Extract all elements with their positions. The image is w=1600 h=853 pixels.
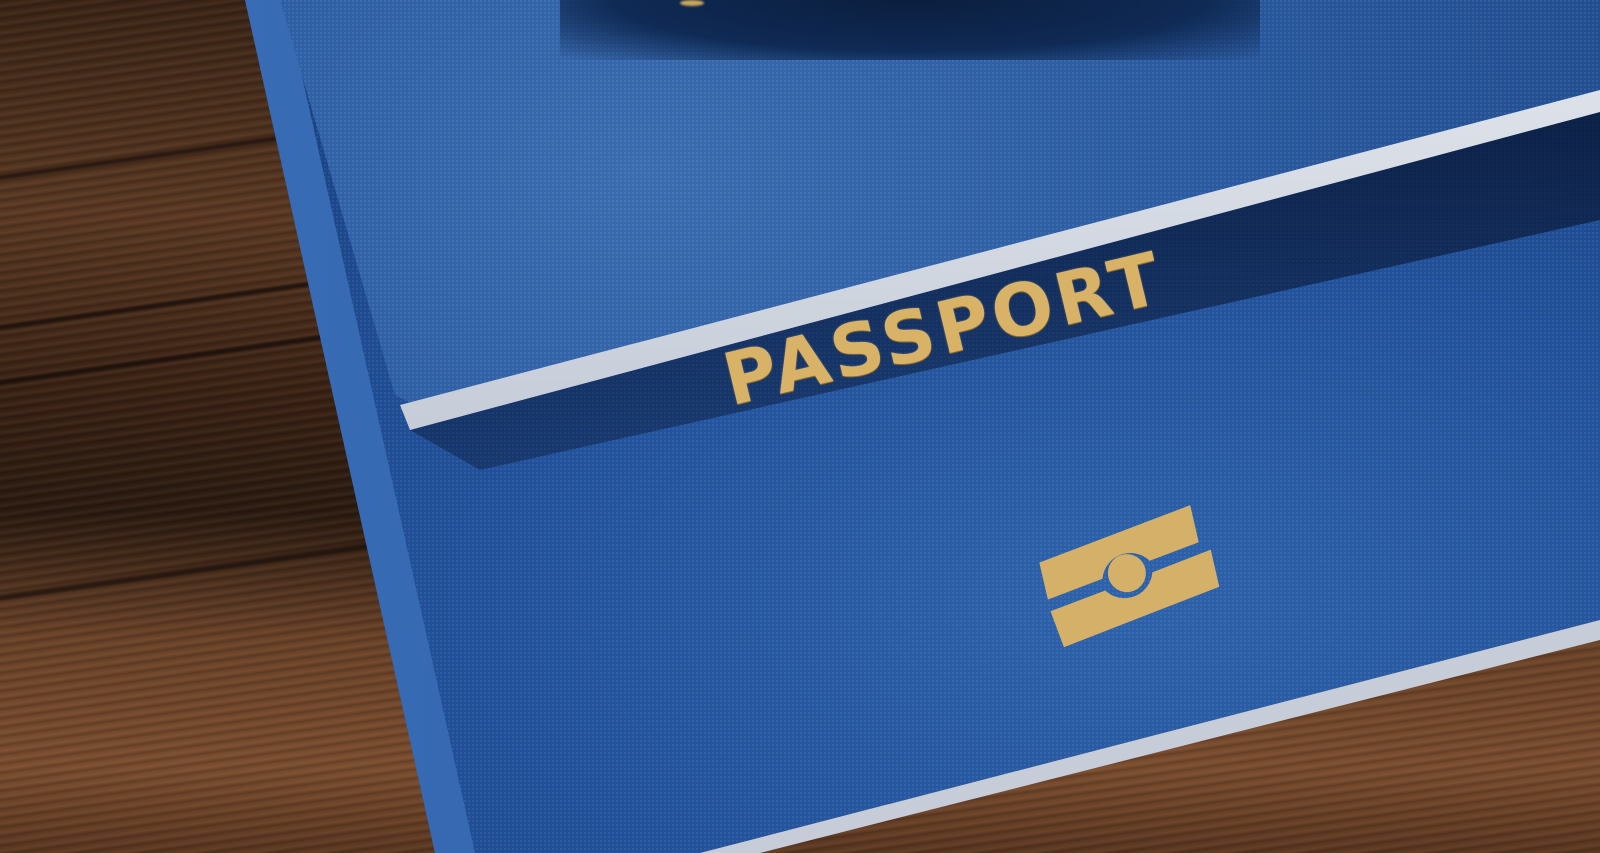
top-shadow-region: [560, 0, 1260, 60]
photo-scene: PASSPORT: [0, 0, 1600, 853]
gold-emblem-fragment: [680, 0, 704, 6]
